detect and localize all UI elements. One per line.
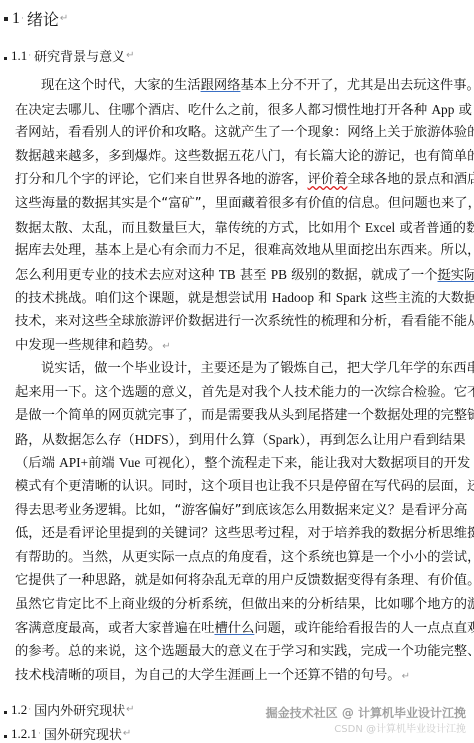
text-line: 路，从数据怎么存（HDFS），到用什么算（Spark），再到怎么让用户看到结果 xyxy=(15,428,465,452)
text-line: 怎么利用更专业的技术去应对这种 TB 甚至 PB 级别的数据，就成了一个挺实际 xyxy=(15,263,465,287)
spellcheck-underline: 评价着 xyxy=(308,172,348,187)
text-line: 有帮助的。当然，从更实际一点点的角度看，这个系统也算是一个小小的尝试， xyxy=(15,546,465,570)
paragraph-mark-icon: ↵ xyxy=(123,728,131,739)
text-line: 技术栈清晰的项目，为自己的大学生涯画上一个还算不错的句号。↵ xyxy=(15,664,465,688)
heading-title: 研究背景与意义 xyxy=(34,46,125,65)
document-page: 1 · 绪论 ↵ 1.1 · 研究背景与意义 ↵ 现在这个时代，大家的生活跟网络… xyxy=(0,0,474,743)
heading-title: 国外研究现状 xyxy=(44,724,122,743)
paragraph-mark-icon: ↵ xyxy=(60,13,68,24)
text-line: 数据太散、太乱，而且数量巨大，靠传统的方式，比如用个 Excel 或者普通的数 xyxy=(15,216,465,240)
text-line: 客满意度最高，或者大家普遍在吐槽什么问题，或许能给看报告的人一点点直观 xyxy=(15,617,465,641)
heading-1-2[interactable]: 1.2 · 国内外研究现状 ↵ xyxy=(4,700,135,719)
paragraph-mark-icon: ↵ xyxy=(126,50,134,61)
heading-bullet-icon xyxy=(4,17,8,21)
text-line: 在决定去哪儿、住哪个酒店、吃什么之前，很多人都习惯性地打开各种 App 或 xyxy=(15,98,465,122)
text-line: 中发现一些规律和趋势。↵ xyxy=(15,334,465,358)
space-mark: · xyxy=(28,51,31,61)
heading-number: 1.2 xyxy=(11,702,27,718)
heading-number: 1.2.1 xyxy=(11,726,37,742)
paragraph-background[interactable]: 现在这个时代，大家的生活跟网络基本上分不开了，尤其是出去玩这件事。 在决定去哪儿… xyxy=(15,74,465,357)
text-line: 数据越来越多，多到爆炸。这些数据五花八门，有长篇大论的游记，也有简单的 xyxy=(15,145,465,169)
text-line: 得去思考业务逻辑。比如，“游客偏好”到底该怎么用数据来定义？是看评分高 xyxy=(15,499,465,523)
paragraph-significance[interactable]: 说实话，做一个毕业设计，主要还是为了锻炼自己，把大学几年学的东西串 起来用一下。… xyxy=(15,357,465,687)
text-line: 者网站，看看别人的评价和攻略。这就产生了一个现象：网络上关于旅游体验的 xyxy=(15,121,465,145)
text-line: 技术，来对这些全球旅游评价数据进行一次系统性的梳理和分析，看看能不能从 xyxy=(15,310,465,334)
space-mark: · xyxy=(38,729,41,739)
heading-number: 1 xyxy=(12,10,20,28)
text-line: 虽然它肯定比不上商业级的分析系统，但做出来的分析结果，比如哪个地方的游 xyxy=(15,593,465,617)
heading-number: 1.1 xyxy=(11,48,27,64)
text-line: 的技术挑战。咱们这个课题，就是想尝试用 Hadoop 和 Spark 这些主流的… xyxy=(15,286,465,310)
heading-bullet-icon xyxy=(4,711,7,714)
heading-1-1[interactable]: 1.1 · 研究背景与意义 ↵ xyxy=(4,46,135,65)
heading-bullet-icon xyxy=(4,57,7,60)
text-line: 据库去处理，基本上是心有余而力不足，很难高效地从里面挖出东西来。所以， xyxy=(15,239,465,263)
space-mark: · xyxy=(21,14,24,24)
paragraph-mark-icon: ↵ xyxy=(402,671,410,682)
paragraph-mark-icon: ↵ xyxy=(162,341,170,352)
grammar-underline: 挺实际 xyxy=(438,268,474,283)
text-line: 的参考。总的来说，这个选题最大的意义在于学习和实践，完成一个功能完整、 xyxy=(15,640,465,664)
text-line: 模式有个更清晰的认识。同时，这个项目也让我不只是停留在写代码的层面，还 xyxy=(15,475,465,499)
text-line: 打分和几个字的评论，它们来自世界各地的游客，评价着全球各地的景点和酒店。 xyxy=(15,168,465,192)
text-line: 是做一个简单的网页就完事了，而是需要我从头到尾搭建一个数据处理的完整链 xyxy=(15,404,465,428)
grammar-underline: 跟网络 xyxy=(201,78,241,93)
text-line: 这些海量的数据其实是个“富矿”，里面藏着很多有价值的信息。但问题也来了， xyxy=(15,192,465,216)
paragraph-mark-icon: ↵ xyxy=(126,704,134,715)
heading-bullet-icon xyxy=(4,735,7,738)
text-line: 低，还是看评论里提到的关键词？这些思考过程，对于培养我的数据分析思维挺 xyxy=(15,522,465,546)
watermark-juejin: 掘金技术社区 @ 计算机毕业设计江挽 xyxy=(266,704,466,721)
watermark-csdn: CSDN @计算机毕业设计江挽 xyxy=(266,720,466,735)
text-line: 现在这个时代，大家的生活跟网络基本上分不开了，尤其是出去玩这件事。 xyxy=(15,74,465,98)
text-line: 说实话，做一个毕业设计，主要还是为了锻炼自己，把大学几年学的东西串 xyxy=(15,357,465,381)
grammar-underline: 槽什么 xyxy=(214,621,254,636)
heading-title: 绪论 xyxy=(27,7,59,30)
text-line: 起来用一下。这个选题的意义，首先是对我个人技术能力的一次综合检验。它不 xyxy=(15,381,465,405)
text-line: （后端 API+前端 Vue 可视化），整个流程走下来，能让我对大数据项目的开发 xyxy=(15,451,465,475)
heading-title: 国内外研究现状 xyxy=(34,700,125,719)
heading-1[interactable]: 1 · 绪论 ↵ xyxy=(4,7,68,30)
watermark: 掘金技术社区 @ 计算机毕业设计江挽 CSDN @计算机毕业设计江挽 xyxy=(266,704,466,735)
space-mark: · xyxy=(28,705,31,715)
text-line: 它提供了一种思路，就是如何将杂乱无章的用户反馈数据变得有条理、有价值。 xyxy=(15,569,465,593)
heading-1-2-1[interactable]: 1.2.1 · 国外研究现状 ↵ xyxy=(4,724,131,743)
